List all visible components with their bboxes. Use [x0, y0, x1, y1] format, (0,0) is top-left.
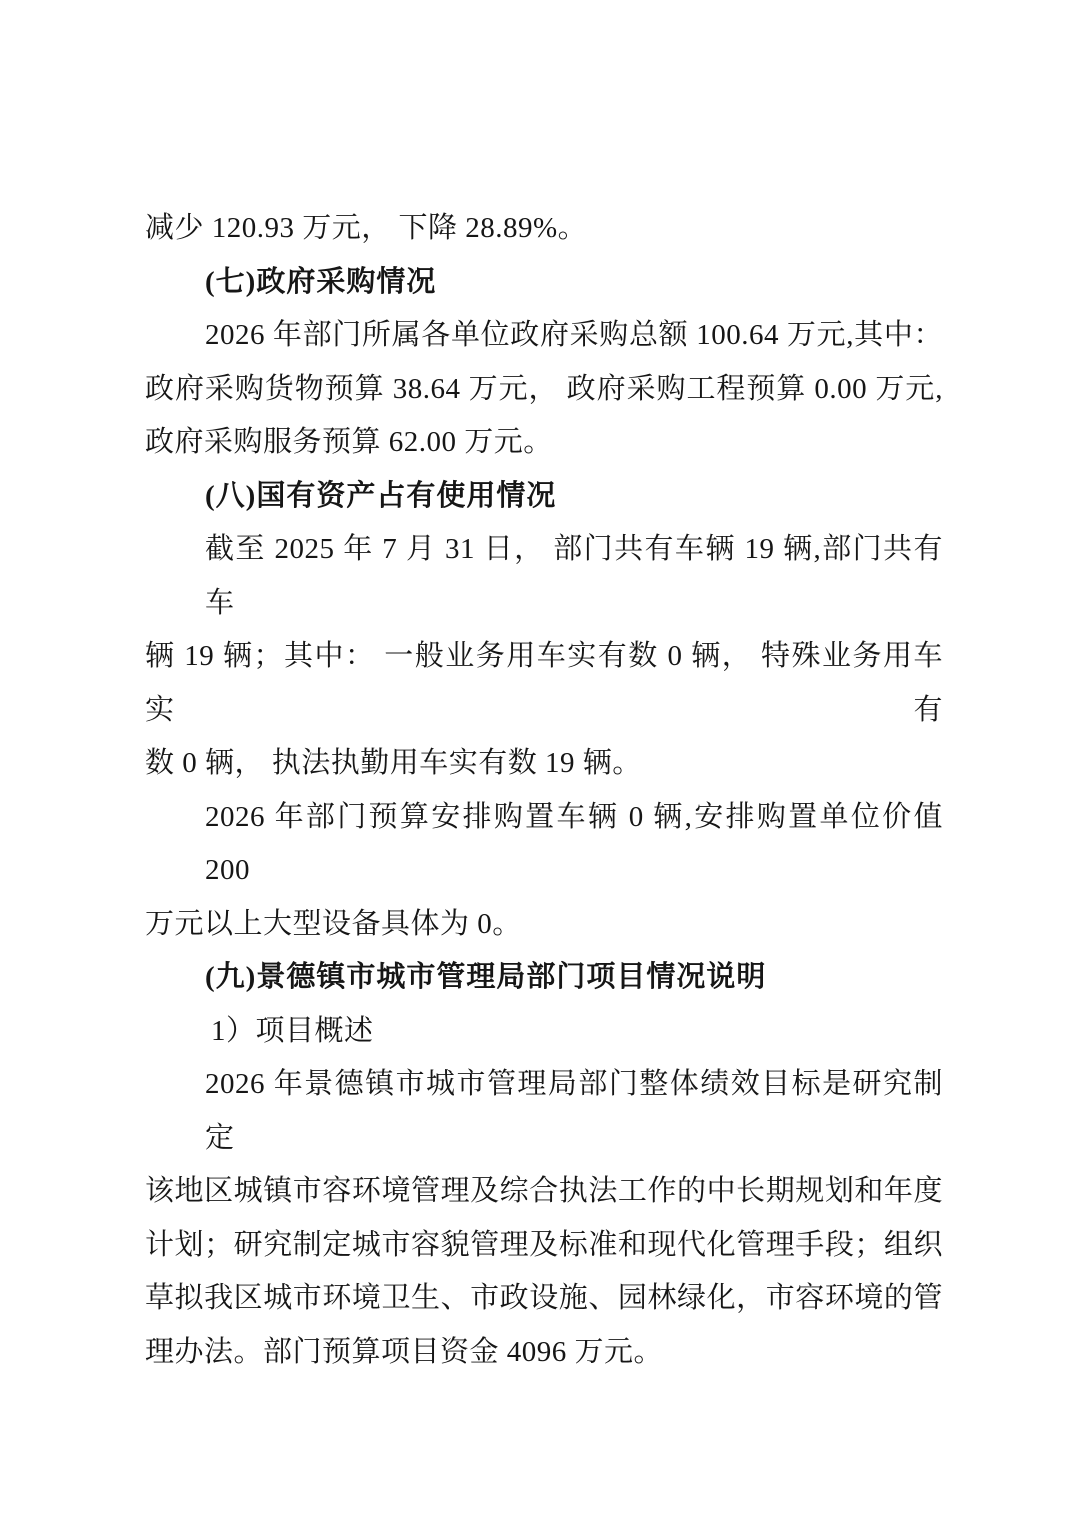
text-line: 万元以上大型设备具体为 0。: [145, 898, 943, 952]
line-text: (八)国有资产占有使用情况: [205, 480, 556, 512]
text-line: 2026 年部门所属各单位政府采购总额 100.64 万元,其中：: [145, 309, 943, 363]
text-line: 2026 年景德镇市城市管理局部门整体绩效目标是研究制定: [145, 1058, 943, 1165]
line-text: 政府采购服务预算 62.00 万元。: [145, 426, 553, 458]
line-text: 1）项目概述: [211, 1015, 374, 1047]
line-text: 万元以上大型设备具体为 0。: [145, 908, 522, 940]
text-line: 2026 年部门预算安排购置车辆 0 辆,安排购置单位价值 200: [145, 791, 943, 898]
line-text: 理办法。部门预算项目资金 4096 万元。: [145, 1336, 663, 1368]
line-text: 该地区城镇市容环境管理及综合执法工作的中长期规划和年度: [145, 1175, 943, 1207]
text-line: 1）项目概述: [145, 1005, 943, 1059]
section-heading: (八)国有资产占有使用情况: [145, 470, 943, 524]
line-text: (七)政府采购情况: [205, 266, 436, 298]
page: { "page": { "background": "#ffffff", "te…: [0, 0, 1074, 1520]
section-heading: (七)政府采购情况: [145, 256, 943, 310]
line-text: 截至 2025 年 7 月 31 日， 部门共有车辆 19 辆,部门共有车: [205, 533, 943, 619]
line-text: 政府采购货物预算 38.64 万元， 政府采购工程预算 0.00 万元,: [145, 373, 943, 405]
text-line: 计划；研究制定城市容貌管理及标准和现代化管理手段；组织: [145, 1219, 943, 1273]
line-text: 计划；研究制定城市容貌管理及标准和现代化管理手段；组织: [145, 1229, 943, 1261]
line-text: 减少 120.93 万元， 下降 28.89%。: [145, 212, 587, 244]
text-line: 政府采购服务预算 62.00 万元。: [145, 416, 943, 470]
line-text: (九)景德镇市城市管理局部门项目情况说明: [205, 961, 766, 993]
text-line: 数 0 辆， 执法执勤用车实有数 19 辆。: [145, 737, 943, 791]
section-heading: (九)景德镇市城市管理局部门项目情况说明: [145, 951, 943, 1005]
text-line: 截至 2025 年 7 月 31 日， 部门共有车辆 19 辆,部门共有车: [145, 523, 943, 630]
text-line: 减少 120.93 万元， 下降 28.89%。: [145, 202, 943, 256]
line-text: 2026 年部门预算安排购置车辆 0 辆,安排购置单位价值 200: [205, 801, 943, 887]
line-text: 草拟我区城市环境卫生、市政设施、园林绿化，市容环境的管: [145, 1282, 943, 1314]
line-text: 2026 年部门所属各单位政府采购总额 100.64 万元,其中：: [205, 319, 943, 351]
text-line: 理办法。部门预算项目资金 4096 万元。: [145, 1326, 943, 1380]
line-text: 辆 19 辆；其中： 一般业务用车实有数 0 辆， 特殊业务用车实有: [145, 640, 943, 726]
line-text: 2026 年景德镇市城市管理局部门整体绩效目标是研究制定: [205, 1068, 943, 1154]
document-body: 减少 120.93 万元， 下降 28.89%。 (七)政府采购情况 2026 …: [145, 202, 943, 1379]
text-line: 辆 19 辆；其中： 一般业务用车实有数 0 辆， 特殊业务用车实有: [145, 630, 943, 737]
line-text: 数 0 辆， 执法执勤用车实有数 19 辆。: [145, 747, 642, 779]
text-line: 该地区城镇市容环境管理及综合执法工作的中长期规划和年度: [145, 1165, 943, 1219]
text-line: 政府采购货物预算 38.64 万元， 政府采购工程预算 0.00 万元,: [145, 363, 943, 417]
text-line: 草拟我区城市环境卫生、市政设施、园林绿化，市容环境的管: [145, 1272, 943, 1326]
